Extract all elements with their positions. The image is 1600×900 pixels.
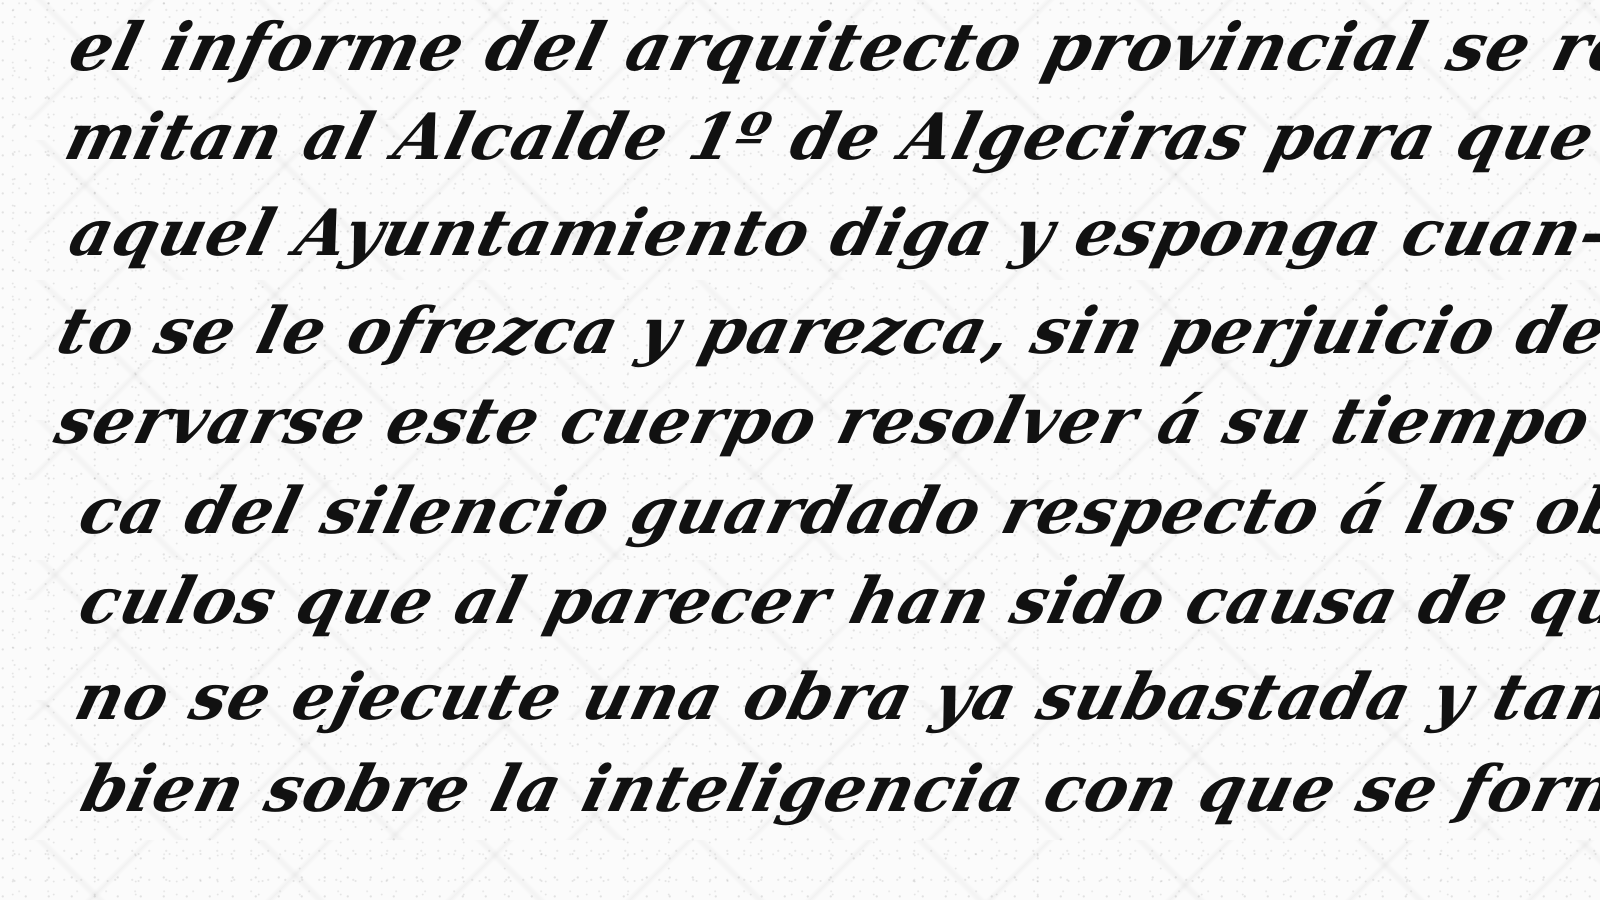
manuscript-line-8: no se ejecute una obra ya subastada y ta… xyxy=(68,660,1600,735)
manuscript-line-6: ca del silencio guardado respecto á los … xyxy=(72,474,1600,549)
manuscript-line-2: mitan al Alcalde 1º de Algeciras para qu… xyxy=(58,100,1600,175)
manuscript-line-3: aquel Ayuntamiento diga y esponga cuan- xyxy=(62,196,1600,271)
manuscript-line-5: servarse este cuerpo resolver á su tiemp… xyxy=(48,384,1600,459)
manuscript-line-9: bien sobre la inteligencia con que se fo… xyxy=(74,752,1600,827)
manuscript-line-1: el informe del arquitecto provincial se … xyxy=(62,8,1600,86)
manuscript-page: el informe del arquitecto provincial se … xyxy=(0,0,1600,900)
manuscript-line-4: to se le ofrezca y parezca, sin perjuici… xyxy=(50,294,1600,369)
manuscript-line-7: culos que al parecer han sido causa de q… xyxy=(72,564,1600,639)
